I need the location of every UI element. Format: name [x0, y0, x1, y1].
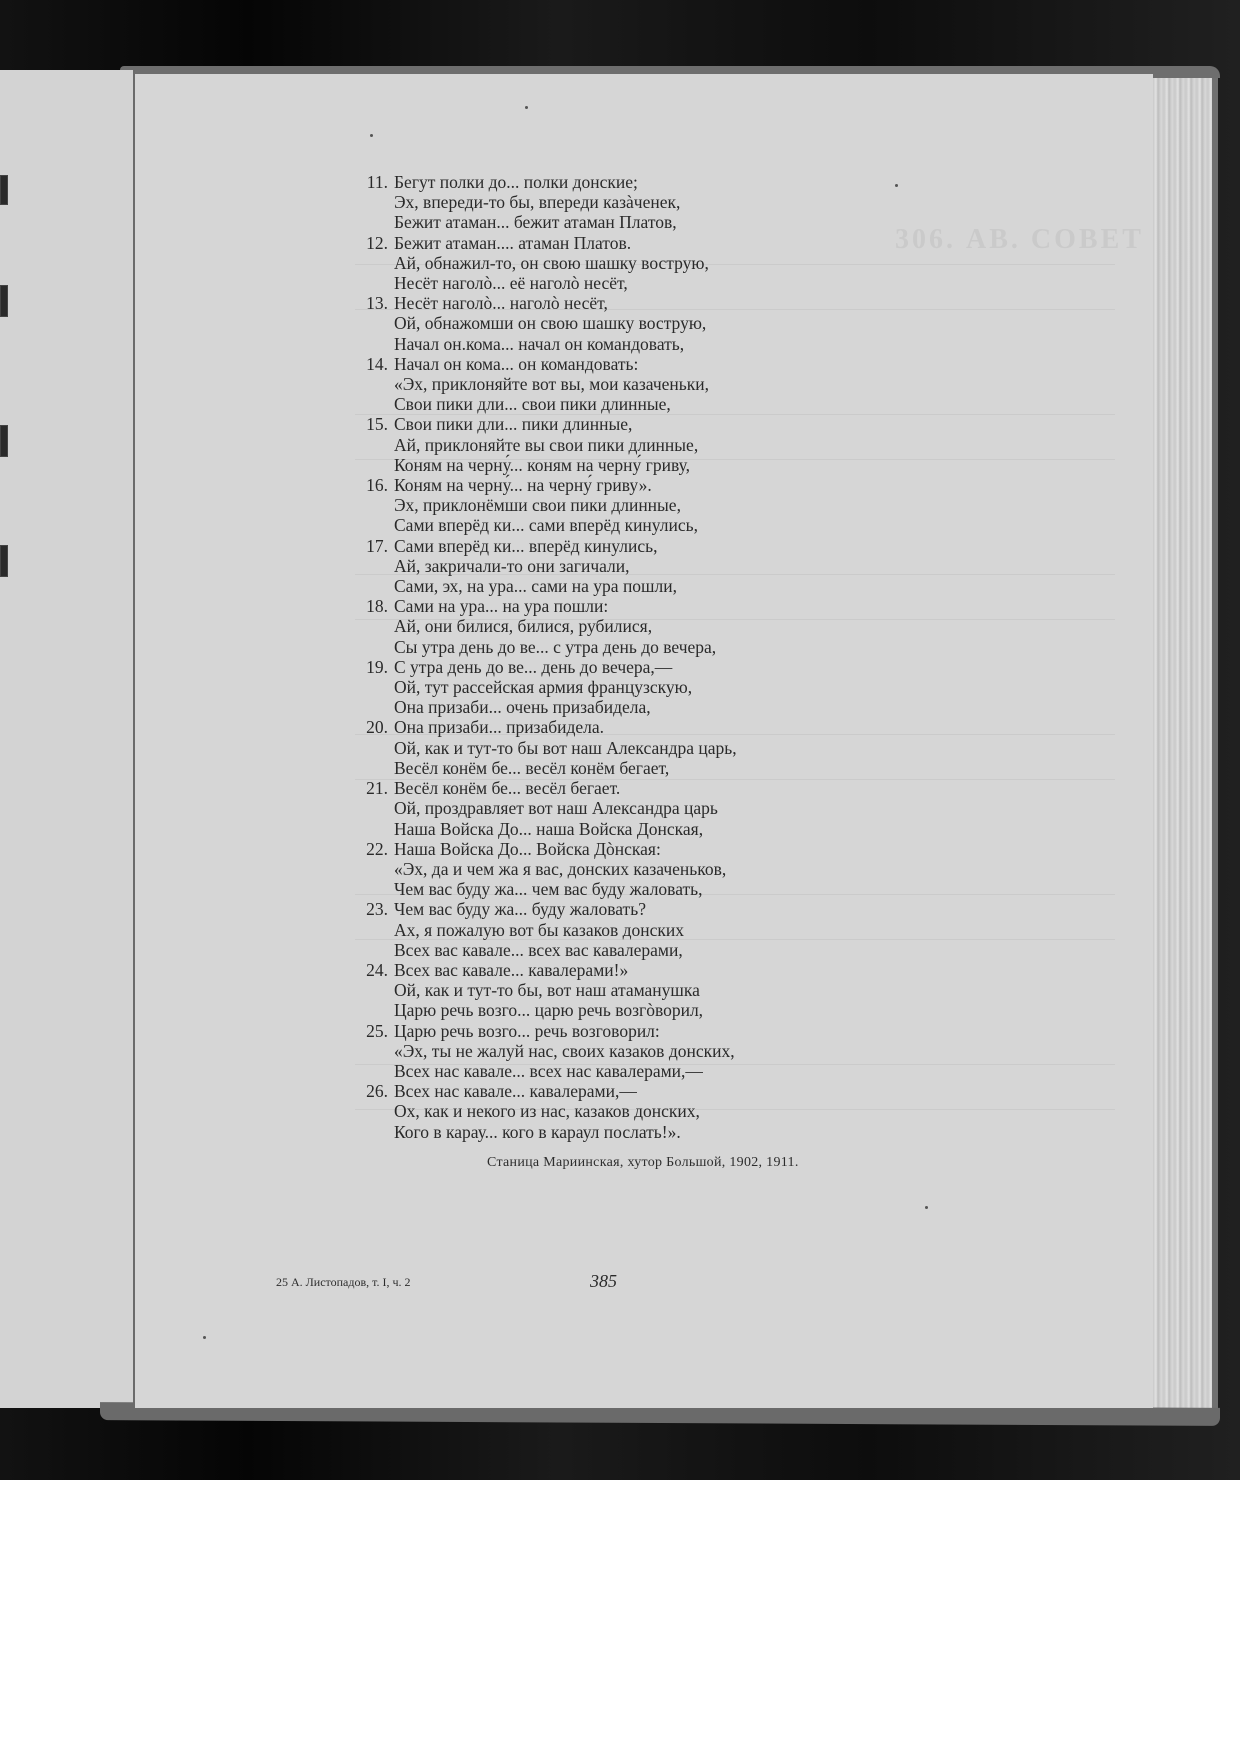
left-page-mark: [0, 285, 8, 317]
verse-line: Всех вас кавале... всех вас кавалерами,: [394, 940, 683, 960]
verse-line: Кого в карау... кого в караул послать!».: [394, 1122, 681, 1142]
footer-signature: 25 А. Листопадов, т. I, ч. 2: [276, 1275, 411, 1290]
verse-line: Чем вас буду жа... чем вас буду жаловать…: [394, 879, 703, 899]
verse-number: 25.: [340, 1021, 394, 1041]
verse-17: 17.Сами вперёд ки... вперёд кинулись, Ай…: [340, 536, 860, 597]
source-attribution: Станица Мариинская, хутор Большой, 1902,…: [487, 1155, 799, 1171]
verse-line: Царю речь возго... речь возговорил:: [394, 1021, 660, 1041]
verse-line: Ой, как и тут-то бы, вот наш атаманушка: [394, 980, 700, 1000]
verse-16: 16.Коням на черну́... на черну́ гриву». …: [340, 475, 860, 536]
verse-line: Коням на черну́... коням на черну́ гриву…: [394, 455, 690, 475]
verse-line: Ай, закричали-то они загичали,: [394, 556, 630, 576]
verse-line: Наша Войска До... наша Войска Донская,: [394, 819, 703, 839]
verse-line: Коням на черну́... на черну́ гриву».: [394, 475, 652, 495]
verse-number: 20.: [340, 717, 394, 737]
verse-number: 19.: [340, 657, 394, 677]
verse-12: 12.Бежит атаман.... атаман Платов. Ай, о…: [340, 233, 860, 294]
verse-line: Всех нас кавале... всех нас кавалерами,—: [394, 1061, 703, 1081]
verse-line: Несёт наголò... наголò несёт,: [394, 293, 608, 313]
verse-line: Бежит атаман.... атаман Платов.: [394, 233, 631, 253]
verse-line: Чем вас буду жа... буду жаловать?: [394, 899, 646, 919]
verse-19: 19.С утра день до ве... день до вечера,—…: [340, 657, 860, 718]
verse-line: Сами вперёд ки... сами вперёд кинулись,: [394, 515, 698, 535]
verse-line: Она призаби... очень призабидела,: [394, 697, 651, 717]
verse-line: Начал он.кома... начал он командовать,: [394, 334, 684, 354]
speck: [895, 184, 898, 187]
speck: [925, 1206, 928, 1209]
verse-number: 17.: [340, 536, 394, 556]
speck: [203, 1336, 206, 1339]
verse-line: Она призаби... призабидела.: [394, 717, 604, 737]
verse-line: Ох, как и некого из нас, казаков донских…: [394, 1101, 700, 1121]
left-page: [0, 70, 135, 1408]
page-edges: [1150, 78, 1218, 1408]
verse-line: Сами, эх, на ура... сами на ура пошли,: [394, 576, 677, 596]
verse-line: Царю речь возго... царю речь возгòворил,: [394, 1000, 703, 1020]
song-text: 11.Бегут полки до... полки донские; Эх, …: [340, 172, 860, 1142]
show-through-text: 306. АВ. СОВЕТ: [895, 224, 1144, 256]
verse-line: Наша Войска До... Войска Дòнская:: [394, 839, 661, 859]
verse-25: 25.Царю речь возго... речь возговорил: «…: [340, 1021, 860, 1082]
verse-line: Ой, обнажомши он свою шашку вострую,: [394, 313, 706, 333]
verse-line: Ай, приклоняйте вы свои пики длинные,: [394, 435, 698, 455]
verse-number: 26.: [340, 1081, 394, 1101]
verse-15: 15.Свои пики дли... пики длинные, Ай, пр…: [340, 414, 860, 475]
verse-22: 22.Наша Войска До... Войска Дòнская: «Эх…: [340, 839, 860, 900]
verse-line: Бежит атаман... бежит атаман Платов,: [394, 212, 677, 232]
verse-line: Сами вперёд ки... вперёд кинулись,: [394, 536, 657, 556]
verse-line: Ой, тут рассейская армия французскую,: [394, 677, 692, 697]
verse-number: 15.: [340, 414, 394, 434]
verse-line: Начал он кома... он командовать:: [394, 354, 638, 374]
verse-13: 13.Несёт наголò... наголò несёт, Ой, обн…: [340, 293, 860, 354]
verse-line: Всех нас кавале... кавалерами,—: [394, 1081, 637, 1101]
verse-line: Сы утра день до ве... с утра день до веч…: [394, 637, 716, 657]
verse-26: 26.Всех нас кавале... кавалерами,— Ох, к…: [340, 1081, 860, 1142]
verse-21: 21.Весёл конём бе... весёл бегает. Ой, п…: [340, 778, 860, 839]
verse-line: Всех вас кавале... кавалерами!»: [394, 960, 628, 980]
verse-line: Бегут полки до... полки донские;: [394, 172, 638, 192]
verse-number: 13.: [340, 293, 394, 313]
verse-number: 14.: [340, 354, 394, 374]
left-page-mark: [0, 545, 8, 577]
left-page-mark: [0, 425, 8, 457]
verse-line: Ах, я пожалую вот бы казаков донских: [394, 920, 684, 940]
verse-number: 12.: [340, 233, 394, 253]
verse-line: Несёт наголò... её наголò несёт,: [394, 273, 628, 293]
verse-number: 22.: [340, 839, 394, 859]
verse-number: 21.: [340, 778, 394, 798]
verse-line: «Эх, ты не жалуй нас, своих казаков донс…: [394, 1041, 735, 1061]
verse-14: 14.Начал он кома... он командовать: «Эх,…: [340, 354, 860, 415]
verse-line: Ай, обнажил-то, он свою шашку вострую,: [394, 253, 709, 273]
page-number: 385: [590, 1271, 617, 1292]
verse-line: Сами на ура... на ура пошли:: [394, 596, 608, 616]
verse-line: Весёл конём бе... весёл бегает.: [394, 778, 620, 798]
verse-line: Ой, как и тут-то бы вот наш Александра ц…: [394, 738, 737, 758]
verse-line: Ой, проздравляет вот наш Александра царь: [394, 798, 718, 818]
scan-area: 306. АВ. СОВЕТ 11.Бегут полки до... полк…: [0, 0, 1240, 1480]
verse-line: «Эх, приклоняйте вот вы, мои казаченьки,: [394, 374, 709, 394]
left-page-mark: [0, 175, 8, 205]
verse-20: 20.Она призаби... призабидела. Ой, как и…: [340, 717, 860, 778]
verse-line: Свои пики дли... свои пики длинные,: [394, 394, 671, 414]
verse-line: Эх, приклонёмши свои пики длинные,: [394, 495, 681, 515]
verse-line: Ай, они билися, билися, рубилися,: [394, 616, 652, 636]
verse-number: 11.: [340, 172, 394, 192]
verse-line: Свои пики дли... пики длинные,: [394, 414, 632, 434]
verse-line: «Эх, да и чем жа я вас, донских казачень…: [394, 859, 726, 879]
verse-24: 24.Всех вас кавале... кавалерами!» Ой, к…: [340, 960, 860, 1021]
verse-line: Весёл конём бе... весёл конём бегает,: [394, 758, 669, 778]
verse-number: 24.: [340, 960, 394, 980]
speck: [370, 134, 373, 137]
verse-number: 18.: [340, 596, 394, 616]
verse-line: Эх, впереди-то бы, впереди казàченек,: [394, 192, 680, 212]
verse-number: 16.: [340, 475, 394, 495]
verse-line: С утра день до ве... день до вечера,—: [394, 657, 672, 677]
verse-18: 18.Сами на ура... на ура пошли: Ай, они …: [340, 596, 860, 657]
speck: [525, 106, 528, 109]
verse-23: 23.Чем вас буду жа... буду жаловать? Ах,…: [340, 899, 860, 960]
verse-11: 11.Бегут полки до... полки донские; Эх, …: [340, 172, 860, 233]
verse-number: 23.: [340, 899, 394, 919]
